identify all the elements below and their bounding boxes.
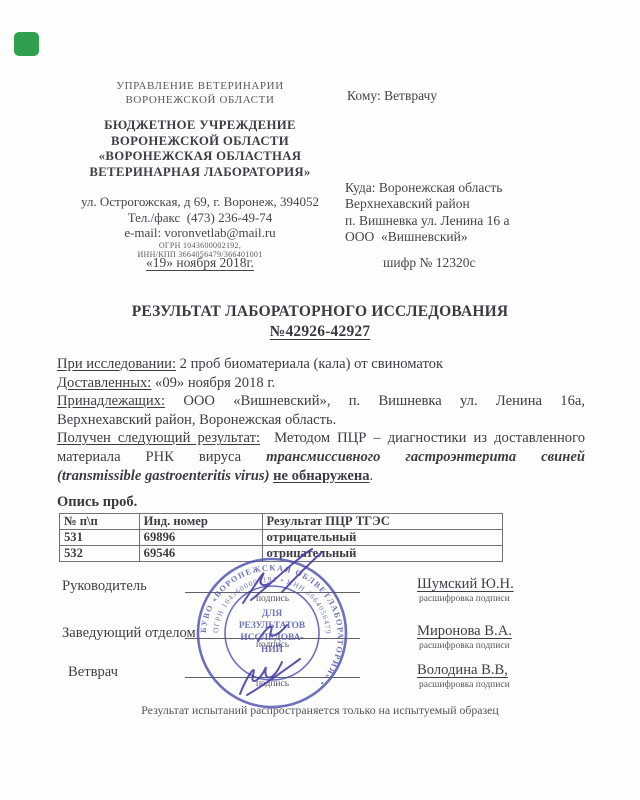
- result-line-1: Получен следующий результат: Методом ПЦР…: [57, 429, 585, 448]
- organization-line: «ВОРОНЕЖСКАЯ ОБЛАСТНАЯ: [55, 149, 345, 165]
- result-line-2: материала РНК вируса трансмиссивного гас…: [57, 448, 585, 467]
- belong-line-1: Принадлежащих: ООО «Вишневский», п. Вишн…: [57, 392, 585, 411]
- belong-line-2: Верхнехавский район, Воронежская область…: [57, 411, 585, 430]
- result-material: материала РНК вируса: [57, 449, 266, 465]
- cipher-number: шифр № 12320с: [383, 255, 476, 271]
- email-line: e-mail: voronvetlab@mail.ru: [55, 225, 345, 241]
- round-stamp: БУВО «ВОРОНЕЖСКАЯ ОБЛВЕТЛАБОРАТОРИЯ» • О…: [191, 552, 353, 714]
- destination-line: п. Вишневка ул. Ленина 16 а: [345, 213, 510, 229]
- svg-text:НИЙ: НИЙ: [261, 643, 284, 655]
- table-header-row: № п\п Инд. номер Результат ПЦР ТГЭС: [60, 514, 503, 530]
- research-value: 2 проб биоматериала (кала) от свиноматок: [176, 356, 443, 372]
- phone-line: Тел./факс (473) 236-49-74: [55, 210, 345, 226]
- column-header: Инд. номер: [139, 514, 262, 530]
- research-label: При исследовании:: [57, 356, 176, 372]
- result-line-3: (transmissible gastroenteritis virus) не…: [57, 467, 585, 486]
- signature-name: Володина В.В,: [417, 662, 508, 679]
- body-text: При исследовании: 2 проб биоматериала (к…: [57, 355, 585, 485]
- samples-heading: Опись проб.: [57, 494, 137, 511]
- belong-label: Принадлежащих:: [57, 393, 165, 409]
- destination-line: Верхнехавский район: [345, 196, 510, 212]
- organization-name: БЮДЖЕТНОЕ УЧРЕЖДЕНИЕ ВОРОНЕЖСКОЙ ОБЛАСТИ…: [55, 118, 345, 180]
- result-verdict: не обнаружена: [273, 468, 369, 484]
- document-page: УПРАВЛЕНИЕ ВЕТЕРИНАРИИ ВОРОНЕЖСКОЙ ОБЛАС…: [0, 0, 640, 800]
- title-line: РЕЗУЛЬТАТ ЛАБОРАТОРНОГО ИССЛЕДОВАНИЯ: [0, 303, 640, 321]
- signature-name: Миронова В.А.: [417, 623, 512, 640]
- result-method: Методом ПЦР – диагностики из доставленно…: [260, 430, 585, 446]
- virus-name-en: (transmissible gastroenteritis virus): [57, 468, 273, 484]
- letterhead: УПРАВЛЕНИЕ ВЕТЕРИНАРИИ ВОРОНЕЖСКОЙ ОБЛАС…: [55, 80, 345, 260]
- svg-text:ИССЛЕДОВА-: ИССЛЕДОВА-: [240, 633, 303, 643]
- signature-decode-caption: расшифровка подписи: [419, 594, 510, 604]
- department-name: УПРАВЛЕНИЕ ВЕТЕРИНАРИИ ВОРОНЕЖСКОЙ ОБЛАС…: [55, 80, 345, 107]
- signature-decode-caption: расшифровка подписи: [419, 641, 510, 651]
- cell-ind-number: 69896: [139, 530, 262, 546]
- document-title: РЕЗУЛЬТАТ ЛАБОРАТОРНОГО ИССЛЕДОВАНИЯ №42…: [0, 303, 640, 341]
- ogrn-line: ОГРН 1043600002192,: [55, 241, 345, 251]
- result-label: Получен следующий результат:: [57, 430, 260, 446]
- cell-number: 532: [60, 546, 140, 562]
- organization-line: БЮДЖЕТНОЕ УЧРЕЖДЕНИЕ: [55, 118, 345, 134]
- cell-result: отрицательный: [262, 530, 502, 546]
- destination-line: Куда: Воронежская область: [345, 180, 510, 196]
- organization-address: ул. Острогожская, д 69, г. Воронеж, 3940…: [55, 194, 345, 260]
- addressee-line: Кому: Ветврачу: [347, 88, 437, 104]
- organization-line: ВОРОНЕЖСКОЙ ОБЛАСТИ: [55, 134, 345, 150]
- column-header: № п\п: [60, 514, 140, 530]
- department-line: ВОРОНЕЖСКОЙ ОБЛАСТИ: [55, 94, 345, 108]
- organization-line: ВЕТЕРИНАРНАЯ ЛАБОРАТОРИЯ»: [55, 165, 345, 181]
- stamp-center-text: ДЛЯ РЕЗУЛЬТАТОВ ИССЛЕДОВА- НИЙ: [239, 609, 305, 655]
- virus-name-ru: трансмиссивного гастроэнтерита свиней: [266, 449, 585, 465]
- signature-role: Ветврач: [68, 664, 118, 681]
- column-header: Результат ПЦР ТГЭС: [262, 514, 502, 530]
- svg-text:ДЛЯ: ДЛЯ: [262, 609, 282, 619]
- green-badge: [14, 32, 39, 56]
- department-line: УПРАВЛЕНИЕ ВЕТЕРИНАРИИ: [55, 80, 345, 94]
- signature-role: Руководитель: [62, 578, 147, 595]
- delivered-value: «09» ноября 2018 г.: [151, 375, 275, 391]
- belong-value: ООО «Вишневский», п. Вишневка ул. Ленина…: [165, 393, 585, 409]
- destination-line: ООО «Вишневский»: [345, 229, 510, 245]
- result-number: №42926-42927: [0, 323, 640, 341]
- delivered-label: Доставленных:: [57, 375, 151, 391]
- signature-decode-caption: расшифровка подписи: [419, 680, 510, 690]
- destination-address: Куда: Воронежская область Верхнехавский …: [345, 180, 510, 245]
- table-row: 531 69896 отрицательный: [60, 530, 503, 546]
- svg-text:РЕЗУЛЬТАТОВ: РЕЗУЛЬТАТОВ: [239, 621, 305, 631]
- signature-name: Шумский Ю.Н.: [417, 576, 514, 593]
- delivered-line: Доставленных: «09» ноября 2018 г.: [57, 374, 585, 393]
- document-date: «19» ноября 2018г.: [55, 255, 345, 271]
- footer-note: Результат испытаний распространяется тол…: [0, 703, 640, 718]
- signature-role: Заведующий отделом: [62, 625, 196, 642]
- result-period: .: [370, 468, 374, 484]
- address-line: ул. Острогожская, д 69, г. Воронеж, 3940…: [55, 194, 345, 210]
- research-line: При исследовании: 2 проб биоматериала (к…: [57, 355, 585, 374]
- result-number-text: №42926-42927: [270, 323, 371, 340]
- cell-number: 531: [60, 530, 140, 546]
